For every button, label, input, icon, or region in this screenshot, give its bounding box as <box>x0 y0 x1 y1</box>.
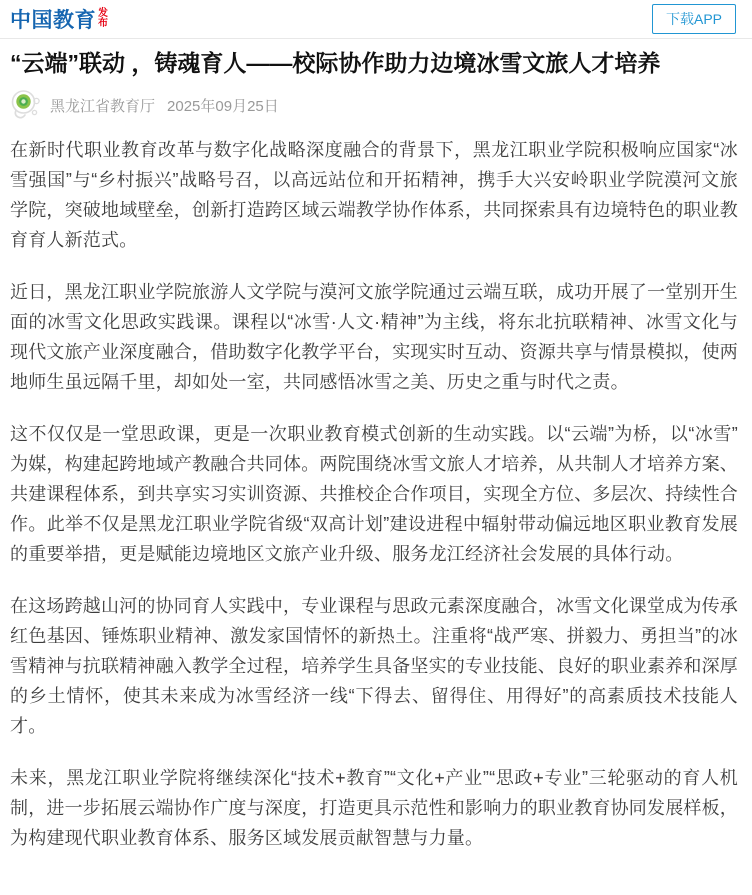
article-paragraph: 近日，黑龙江职业学院旅游人文学院与漠河文旅学院通过云端互联，成功开展了一堂别开生… <box>10 277 738 397</box>
publish-date: 2025年09月25日 <box>167 95 279 116</box>
article-paragraph: 在新时代职业教育改革与数字化战略深度融合的背景下，黑龙江职业学院积极响应国家“冰… <box>10 135 738 255</box>
site-logo-badge: 发 布 <box>98 9 108 29</box>
article-paragraph: 在这场跨越山河的协同育人实践中，专业课程与思政元素深度融合，冰雪文化课堂成为传承… <box>10 591 738 741</box>
page-title: “云端”联动 ，铸魂育人——校际协作助力边境冰雪文旅人才培养 <box>10 48 738 79</box>
header: 中国教育 发 布 下载APP <box>0 0 752 39</box>
byline: 黑龙江省教育厅 2025年09月25日 <box>10 89 738 121</box>
site-logo-badge-bottom: 布 <box>98 19 108 29</box>
publisher-name[interactable]: 黑龙江省教育厅 <box>50 95 155 116</box>
article-paragraph: 未来，黑龙江职业学院将继续深化“技术+教育”“文化+产业”“思政+专业”三轮驱动… <box>10 763 738 853</box>
article: “云端”联动 ，铸魂育人——校际协作助力边境冰雪文旅人才培养 黑龙江省教育厅 2… <box>0 48 752 895</box>
article-body: 在新时代职业教育改革与数字化战略深度融合的背景下，黑龙江职业学院积极响应国家“冰… <box>10 135 738 853</box>
publisher-avatar-icon[interactable] <box>10 89 42 121</box>
site-logo-text: 中国教育 <box>10 4 96 34</box>
article-paragraph: 这不仅仅是一堂思政课，更是一次职业教育模式创新的生动实践。以“云端”为桥，以“冰… <box>10 419 738 569</box>
site-logo[interactable]: 中国教育 发 布 <box>10 4 108 34</box>
download-app-button[interactable]: 下载APP <box>652 4 736 34</box>
